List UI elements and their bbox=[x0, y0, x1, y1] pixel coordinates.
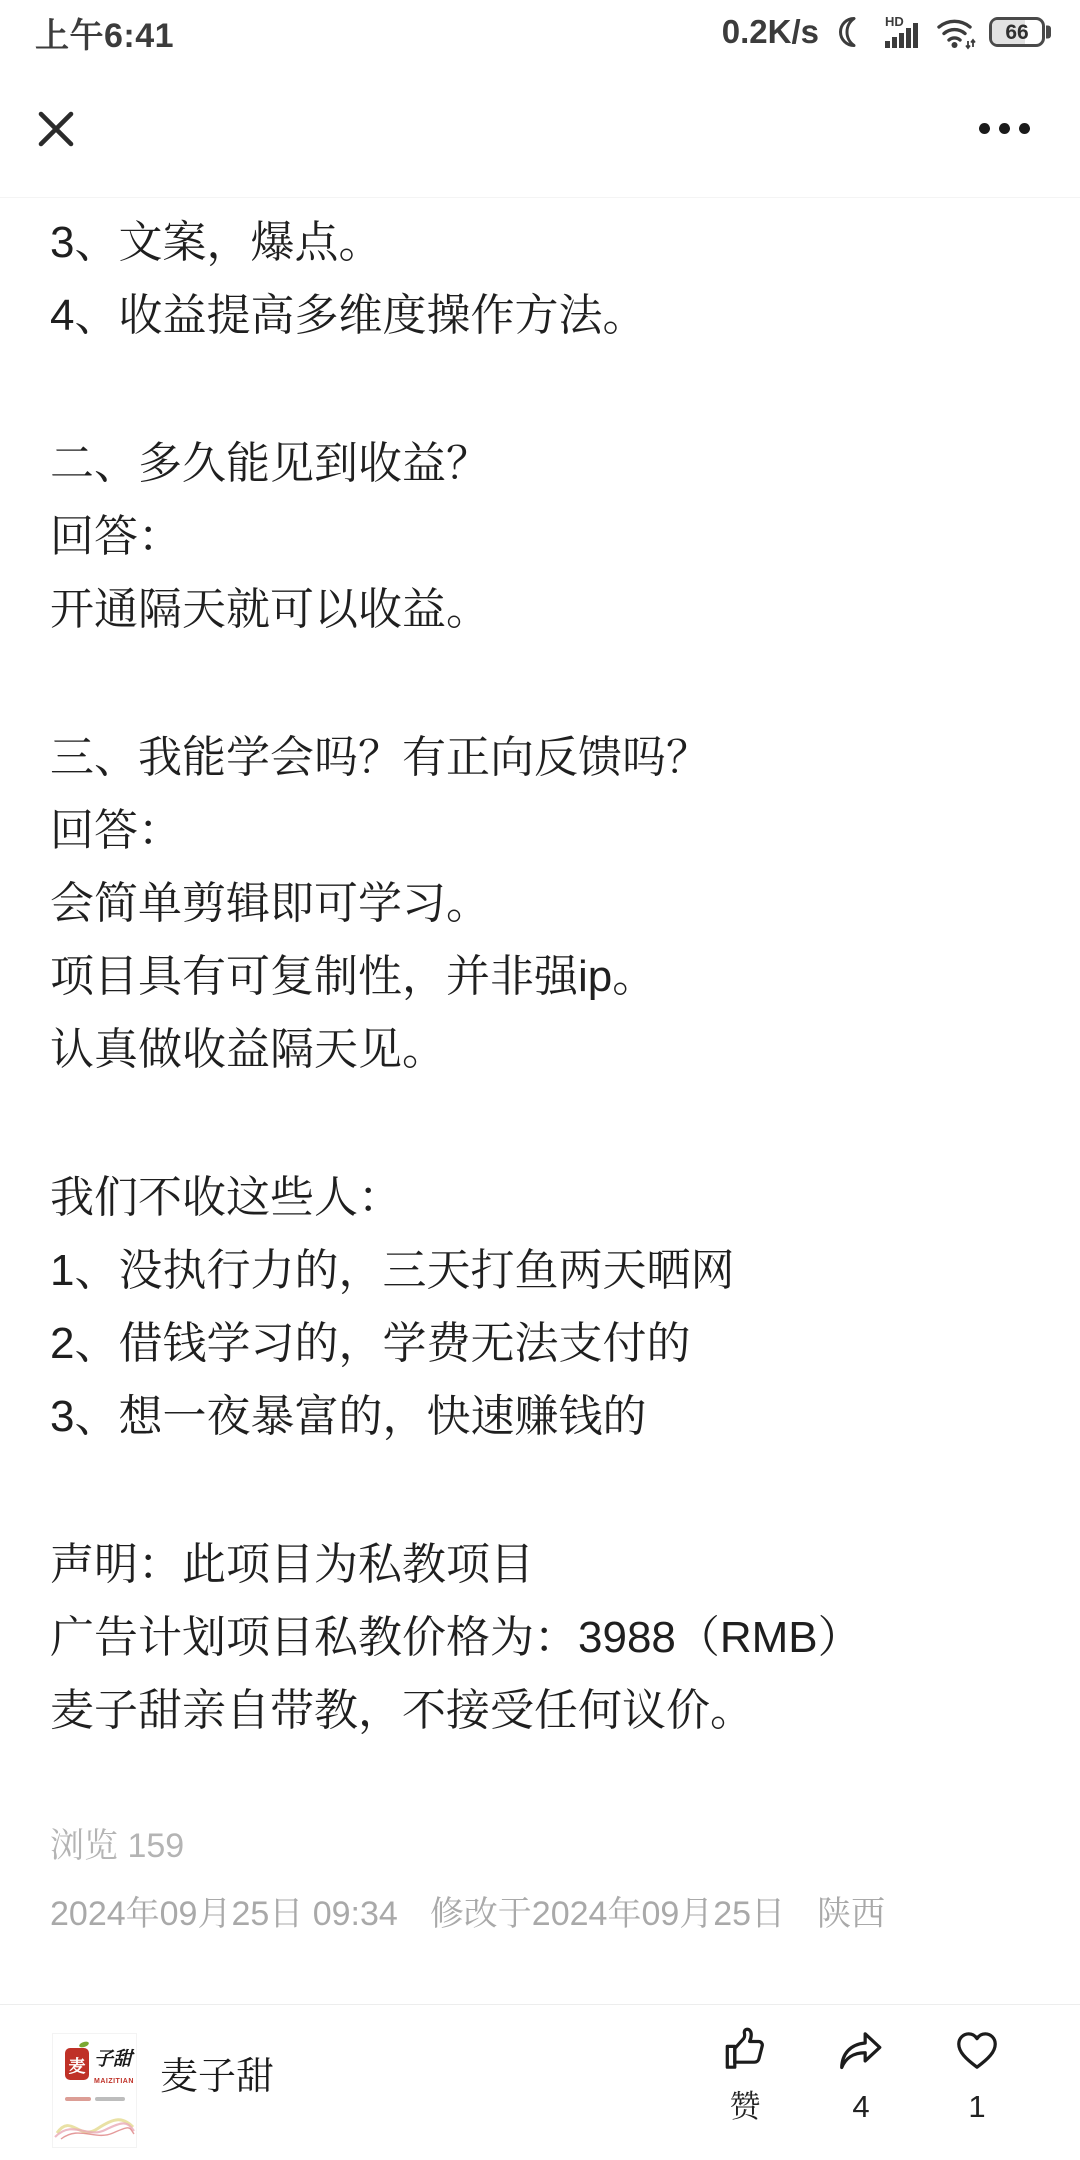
share-icon bbox=[836, 2025, 886, 2075]
article-paragraph: 声明：此项目为私教项目 广告计划项目私教价格为：3988（RMB） 麦子甜亲自带… bbox=[50, 1528, 1035, 1747]
article-line: 广告计划项目私教价格为：3988（RMB） bbox=[50, 1601, 1035, 1674]
share-button[interactable]: 4 bbox=[811, 2025, 911, 2124]
share-count: 4 bbox=[811, 2090, 911, 2124]
article-line: 1、没执行力的，三天打鱼两天晒网 bbox=[50, 1234, 1035, 1307]
thumbs-up-icon bbox=[720, 2025, 770, 2075]
navbar bbox=[0, 60, 1080, 198]
status-icons: 0.2K/s HD 66 bbox=[722, 13, 1045, 51]
article-line: 回答： bbox=[50, 794, 1035, 867]
close-button[interactable] bbox=[37, 110, 75, 148]
avatar-tiny-text bbox=[65, 2097, 136, 2101]
article-line: 项目具有可复制性，并非强ip。 bbox=[50, 940, 1035, 1013]
article-line: 认真做收益隔天见。 bbox=[50, 1013, 1035, 1086]
article-paragraph: 二、多久能见到收益？ 回答： 开通隔天就可以收益。 bbox=[50, 427, 1035, 646]
status-time: 上午6:41 bbox=[35, 8, 174, 57]
network-speed: 0.2K/s bbox=[722, 13, 819, 51]
author-avatar[interactable]: 麦 子甜 MAIZITIAN bbox=[52, 2033, 137, 2148]
avatar-wave bbox=[53, 2103, 136, 2143]
view-count: 浏览 159 bbox=[50, 1822, 1035, 1870]
more-options-button[interactable] bbox=[979, 123, 1030, 134]
avatar-seal: 麦 bbox=[65, 2048, 89, 2080]
heart-count: 1 bbox=[927, 2090, 1027, 2124]
author-name[interactable]: 麦子甜 bbox=[160, 2057, 274, 2097]
article-line: 三、我能学会吗？有正向反馈吗？ bbox=[50, 721, 1035, 794]
article-line: 声明：此项目为私教项目 bbox=[50, 1528, 1035, 1601]
article-body: 3、文案，爆点。 4、收益提高多维度操作方法。 二、多久能见到收益？ 回答： 开… bbox=[0, 198, 1080, 1938]
battery-percent: 66 bbox=[1005, 22, 1028, 43]
bottom-action-bar: 麦 子甜 MAIZITIAN 麦子甜 赞 bbox=[0, 2004, 1080, 2160]
like-label: 赞 bbox=[695, 2090, 795, 2124]
heart-button[interactable]: 1 bbox=[927, 2025, 1027, 2124]
heart-icon bbox=[952, 2025, 1002, 2075]
screen: 上午6:41 0.2K/s HD bbox=[0, 0, 1080, 2160]
publish-info: 2024年09月25日 09:34 修改于2024年09月25日 陕西 bbox=[50, 1890, 1035, 1938]
article-paragraph: 3、文案，爆点。 4、收益提高多维度操作方法。 bbox=[50, 206, 1035, 352]
modified-date: 修改于2024年09月25日 bbox=[430, 1890, 785, 1938]
article-line: 我们不收这些人： bbox=[50, 1161, 1035, 1234]
article-line: 3、想一夜暴富的，快速赚钱的 bbox=[50, 1380, 1035, 1453]
more-dots-icon bbox=[979, 123, 990, 134]
article-line: 回答： bbox=[50, 500, 1035, 573]
article-line: 2、借钱学习的，学费无法支付的 bbox=[50, 1307, 1035, 1380]
publish-region: 陕西 bbox=[817, 1890, 885, 1938]
wifi-icon bbox=[935, 14, 977, 50]
article-paragraph: 我们不收这些人： 1、没执行力的，三天打鱼两天晒网 2、借钱学习的，学费无法支付… bbox=[50, 1161, 1035, 1453]
article-line: 会简单剪辑即可学习。 bbox=[50, 867, 1035, 940]
publish-date: 2024年09月25日 09:34 bbox=[50, 1890, 398, 1938]
status-bar: 上午6:41 0.2K/s HD bbox=[0, 0, 1080, 60]
article-line: 4、收益提高多维度操作方法。 bbox=[50, 279, 1035, 352]
article-line: 麦子甜亲自带教，不接受任何议价。 bbox=[50, 1674, 1035, 1747]
dnd-moon-icon bbox=[831, 15, 865, 49]
article-paragraph: 三、我能学会吗？有正向反馈吗？ 回答： 会简单剪辑即可学习。 项目具有可复制性，… bbox=[50, 721, 1035, 1086]
article-line: 开通隔天就可以收益。 bbox=[50, 573, 1035, 646]
article-line: 二、多久能见到收益？ bbox=[50, 427, 1035, 500]
avatar-brand-zh: 子甜 bbox=[94, 2048, 132, 2070]
close-icon bbox=[37, 110, 75, 148]
like-button[interactable]: 赞 bbox=[695, 2025, 795, 2124]
avatar-brand-en: MAIZITIAN bbox=[94, 2078, 134, 2085]
battery-icon: 66 bbox=[989, 17, 1045, 47]
article-line: 3、文案，爆点。 bbox=[50, 206, 1035, 279]
cell-signal-icon: HD bbox=[877, 14, 923, 50]
svg-text:HD: HD bbox=[885, 14, 904, 29]
avatar-logo: 麦 子甜 MAIZITIAN bbox=[53, 2034, 136, 2088]
